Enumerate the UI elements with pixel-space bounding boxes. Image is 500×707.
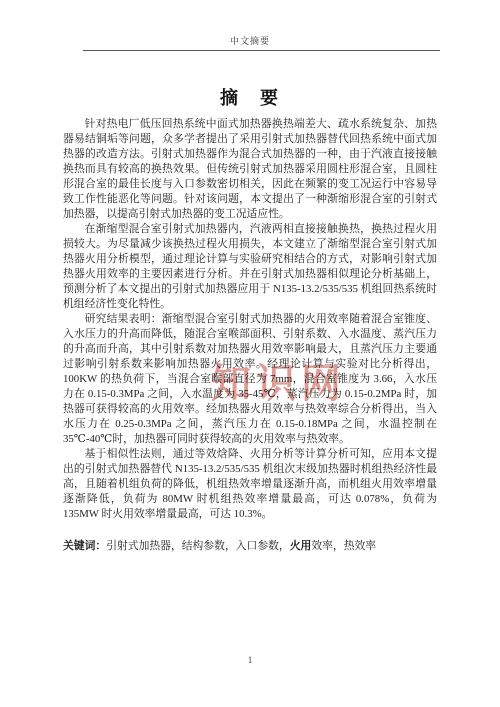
paragraph-3: 研究结果表明：渐缩型混合室引射式加热器的火用效率随着混合室锥度、入水压力的升高而… (63, 312, 437, 447)
keywords-label: 关键词： (63, 540, 106, 552)
paragraph-1: 针对热电厂低压回热系统中面式加热器换热端差大、疏水系统复杂、加热器易结铜垢等问题… (63, 117, 437, 222)
page-number: 1 (0, 655, 500, 665)
keywords-text-exergy: 火用 (290, 540, 312, 552)
paragraph-4: 基于相似性法则，通过等效焓降、火用分析等计算分析可知，应用本文提出的引射式加热器… (63, 447, 437, 522)
paragraph-2: 在渐缩型混合室引射式加热器内，汽液两相直接接触换热，换热过程火用损较大。为尽量减… (63, 222, 437, 312)
page-header: 中文摘要 (0, 34, 500, 47)
keywords-text-2: 效率，热效率 (311, 540, 376, 552)
document-page: 中文摘要 摘 要 知识网 针对热电厂低压回热系统中面式加热器换热端差大、疏水系统… (0, 0, 500, 707)
keywords-text-1: 引射式加热器，结构参数，入口参数， (106, 540, 290, 552)
header-label: 中文摘要 (230, 36, 270, 46)
header-divider (83, 50, 440, 51)
page-title: 摘 要 (0, 84, 500, 110)
abstract-body: 针对热电厂低压回热系统中面式加热器换热端差大、疏水系统复杂、加热器易结铜垢等问题… (63, 117, 437, 554)
keywords-line: 关键词：引射式加热器，结构参数，入口参数，火用效率，热效率 (63, 539, 437, 554)
